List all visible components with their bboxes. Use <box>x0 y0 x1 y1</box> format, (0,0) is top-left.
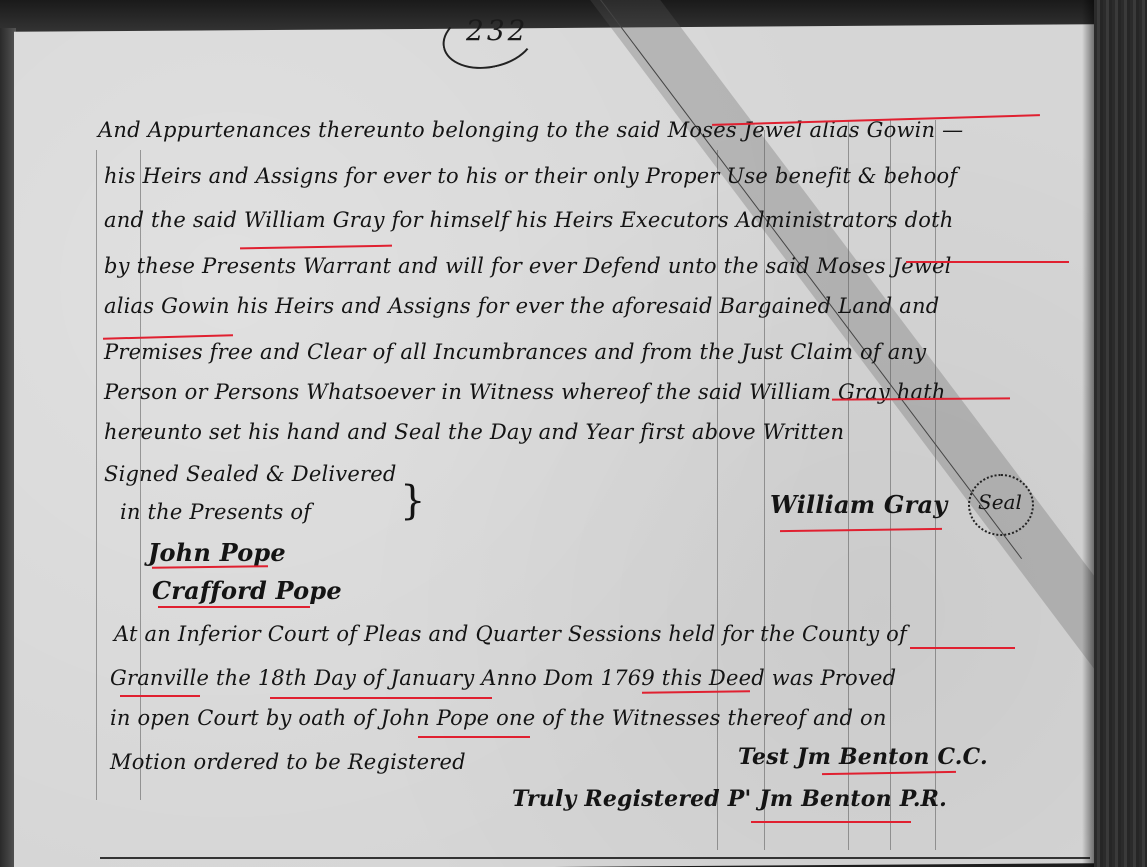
underline-granville <box>120 695 200 697</box>
page-number: 232 <box>466 14 528 47</box>
column-rule <box>764 130 765 850</box>
underline-county-of <box>910 647 1015 649</box>
probate-line-3: in open Court by oath of John Pope one o… <box>110 706 887 730</box>
probate-line-2: Granville the 18th Day of January Anno D… <box>110 666 896 690</box>
probate-line-4: Motion ordered to be Registered <box>110 750 466 774</box>
signed-sealed-delivered: Signed Sealed & Delivered <box>104 462 396 486</box>
seal-label: Seal <box>978 490 1022 514</box>
underline-jm-benton-pr <box>751 821 911 823</box>
deed-line-4: by these Presents Warrant and will for e… <box>104 254 952 278</box>
deed-line-6: Premises free and Clear of all Incumbran… <box>104 340 926 364</box>
bottom-rule <box>100 857 1090 859</box>
deed-line-2: his Heirs and Assigns for ever to his or… <box>104 164 957 188</box>
attestation-brace: } <box>400 478 425 524</box>
book-binding <box>1094 0 1147 867</box>
witness-crafford-pope: Crafford Pope <box>152 576 342 605</box>
grantor-signature: William Gray <box>770 490 947 519</box>
deed-line-8: hereunto set his hand and Seal the Day a… <box>104 420 844 444</box>
underline-18th-day-of-january <box>270 697 492 699</box>
probate-line-1: At an Inferior Court of Pleas and Quarte… <box>114 622 907 646</box>
in-the-presents-of: in the Presents of <box>120 500 311 524</box>
underline-moses-jewel <box>906 261 1069 263</box>
test-clerk-line: Test Jm Benton C.C. <box>738 744 988 770</box>
registered-line: Truly Registered P' Jm Benton P.R. <box>512 786 947 812</box>
underline-john-pope-2 <box>418 736 530 738</box>
underline-crafford-pope <box>158 606 310 608</box>
margin-rule-left <box>96 150 97 800</box>
witness-john-pope: John Pope <box>148 538 286 567</box>
deed-line-3: and the said William Gray for himself hi… <box>104 208 953 232</box>
deed-line-7: Person or Persons Whatsoever in Witness … <box>104 380 946 404</box>
deed-line-5: alias Gowin his Heirs and Assigns for ev… <box>104 294 939 318</box>
